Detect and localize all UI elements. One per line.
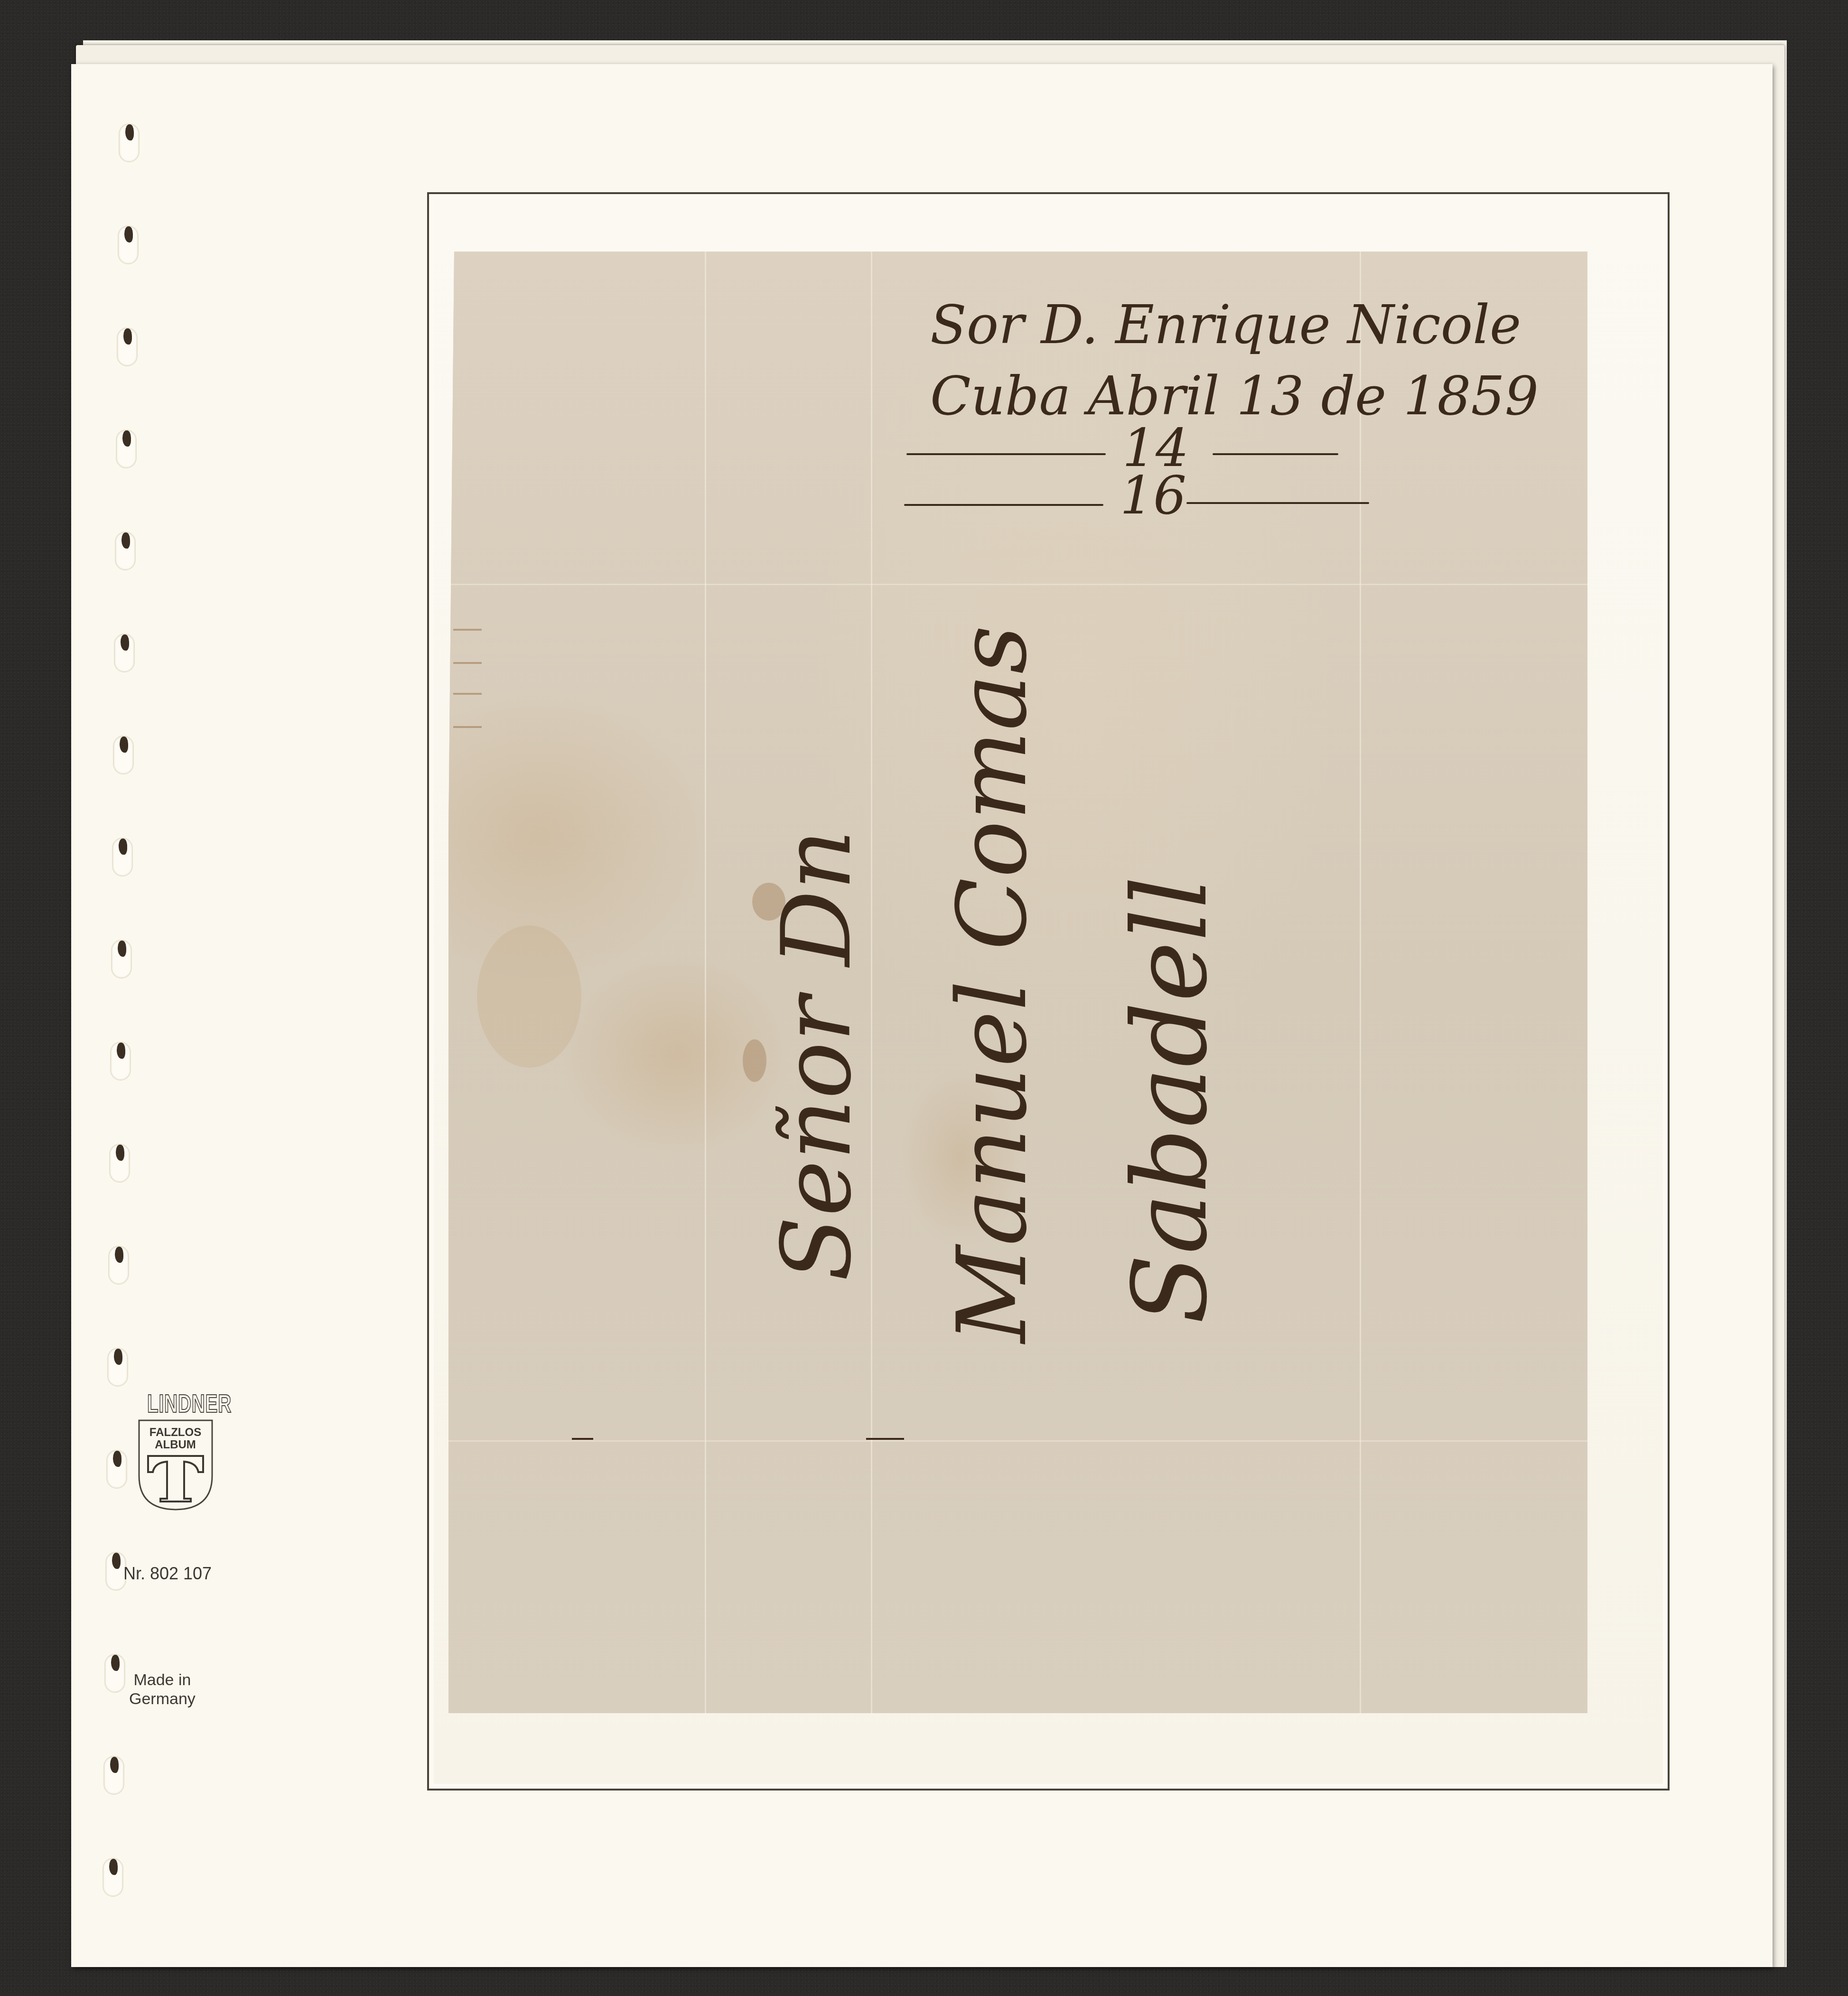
binder-hole xyxy=(116,429,137,468)
address-salutation: Señor Dn xyxy=(762,829,872,1281)
docket-rule xyxy=(1213,453,1338,455)
logo-brand: LINDNER xyxy=(147,1390,204,1417)
lindner-logo: LINDNER FALZLOS ALBUM xyxy=(136,1390,215,1511)
binder-hole xyxy=(112,838,133,877)
binder-hole xyxy=(117,327,138,366)
binder-hole xyxy=(106,1450,127,1489)
bleed-mark xyxy=(453,662,482,664)
ink-mark xyxy=(572,1438,593,1440)
binder-hole xyxy=(113,736,134,774)
binder-hole xyxy=(103,1858,123,1897)
fold-line xyxy=(1360,252,1361,1713)
binder-hole xyxy=(108,1246,129,1285)
docket-sender: Sor D. Enrique Nicole xyxy=(930,289,1539,361)
binder-hole xyxy=(119,123,140,162)
made-in-line2: Germany xyxy=(129,1689,196,1708)
bleed-mark xyxy=(453,629,482,631)
binder-hole xyxy=(114,634,135,672)
shield-icon: FALZLOS ALBUM xyxy=(138,1419,214,1511)
docket-rule xyxy=(1186,502,1369,504)
docket: Sor D. Enrique Nicole Cuba Abril 13 de 1… xyxy=(930,289,1539,432)
address-name: Manuel Comas xyxy=(937,625,1048,1343)
binder-hole xyxy=(107,1348,128,1387)
binder-hole xyxy=(115,532,136,570)
logo-line1: FALZLOS xyxy=(138,1427,214,1439)
stain xyxy=(477,925,581,1068)
docket-rule xyxy=(904,504,1103,506)
binder-hole xyxy=(111,940,132,979)
binder-hole xyxy=(118,225,139,264)
bleed-mark xyxy=(453,693,482,695)
fold-line xyxy=(705,252,706,1713)
binder-hole xyxy=(109,1144,130,1183)
address-town: Sabadell xyxy=(1111,876,1230,1324)
binder-hole xyxy=(104,1654,125,1693)
ink-mark xyxy=(866,1438,904,1440)
docket-rule xyxy=(906,453,1106,455)
binder-hole xyxy=(103,1756,124,1795)
product-number: Nr. 802 107 xyxy=(123,1564,212,1584)
binder-hole xyxy=(110,1042,131,1081)
docket-date: Cuba Abril 13 de 1859 xyxy=(930,361,1539,432)
bleed-mark xyxy=(453,726,482,728)
docket-number-2: 16 xyxy=(1120,465,1186,526)
fold-line xyxy=(448,584,1587,585)
logo-line2: ALBUM xyxy=(138,1439,214,1451)
fold-line xyxy=(448,1440,1587,1442)
made-in-label: Made in Germany xyxy=(129,1670,196,1708)
made-in-line1: Made in xyxy=(129,1670,196,1689)
